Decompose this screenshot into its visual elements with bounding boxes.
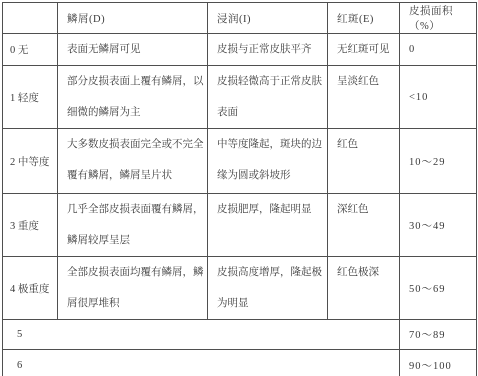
area-cell: 50～69	[400, 257, 477, 320]
infiltration-cell: 中等度隆起，斑块的边缘为圆或斜坡形	[208, 129, 328, 194]
grade-label: 6	[3, 350, 400, 376]
area-cell: <10	[400, 66, 477, 129]
grade-label: 1 轻度	[3, 66, 58, 129]
scale-cell: 表面无鳞屑可见	[58, 34, 208, 66]
erythema-cell: 红色极深	[328, 257, 400, 320]
area-cell: 90～100	[400, 350, 477, 376]
infiltration-cell: 皮损肥厚，隆起明显	[208, 194, 328, 257]
grade-label: 4 极重度	[3, 257, 58, 320]
infiltration-cell: 皮损与正常皮肤平齐	[208, 34, 328, 66]
table-row-grade-5: 5 70～89	[3, 320, 477, 350]
scale-cell: 全部皮损表面均覆有鳞屑，鳞屑很厚堆积	[58, 257, 208, 320]
infiltration-cell: 皮损轻微高于正常皮肤表面	[208, 66, 328, 129]
grade-label: 3 重度	[3, 194, 58, 257]
header-scale: 鳞屑(D)	[58, 3, 208, 34]
erythema-cell: 深红色	[328, 194, 400, 257]
header-area: 皮损面积（%）	[400, 3, 477, 34]
header-infiltration: 浸润(I)	[208, 3, 328, 34]
grade-label: 0 无	[3, 34, 58, 66]
header-empty	[3, 3, 58, 34]
grade-label: 5	[3, 320, 400, 350]
pasi-scoring-table: 鳞屑(D) 浸润(I) 红斑(E) 皮损面积（%） 0 无 表面无鳞屑可见 皮损…	[2, 2, 477, 376]
area-cell: 70～89	[400, 320, 477, 350]
table-row-grade-6: 6 90～100	[3, 350, 477, 376]
table-row-grade-2: 2 中等度 大多数皮损表面完全或不完全覆有鳞屑，鳞屑呈片状 中等度隆起，斑块的边…	[3, 129, 477, 194]
area-cell: 10～29	[400, 129, 477, 194]
table-row-grade-0: 0 无 表面无鳞屑可见 皮损与正常皮肤平齐 无红斑可见 0	[3, 34, 477, 66]
table-row-grade-4: 4 极重度 全部皮损表面均覆有鳞屑，鳞屑很厚堆积 皮损高度增厚，隆起极为明显 红…	[3, 257, 477, 320]
table-row-grade-3: 3 重度 几乎全部皮损表面覆有鳞屑，鳞屑较厚呈层 皮损肥厚，隆起明显 深红色 3…	[3, 194, 477, 257]
erythema-cell: 呈淡红色	[328, 66, 400, 129]
header-row: 鳞屑(D) 浸润(I) 红斑(E) 皮损面积（%）	[3, 3, 477, 34]
scale-cell: 大多数皮损表面完全或不完全覆有鳞屑，鳞屑呈片状	[58, 129, 208, 194]
area-cell: 30～49	[400, 194, 477, 257]
erythema-cell: 无红斑可见	[328, 34, 400, 66]
header-erythema: 红斑(E)	[328, 3, 400, 34]
erythema-cell: 红色	[328, 129, 400, 194]
scale-cell: 几乎全部皮损表面覆有鳞屑，鳞屑较厚呈层	[58, 194, 208, 257]
table-row-grade-1: 1 轻度 部分皮损表面上覆有鳞屑，以细微的鳞屑为主 皮损轻微高于正常皮肤表面 呈…	[3, 66, 477, 129]
scale-cell: 部分皮损表面上覆有鳞屑，以细微的鳞屑为主	[58, 66, 208, 129]
grade-label: 2 中等度	[3, 129, 58, 194]
area-cell: 0	[400, 34, 477, 66]
infiltration-cell: 皮损高度增厚，隆起极为明显	[208, 257, 328, 320]
